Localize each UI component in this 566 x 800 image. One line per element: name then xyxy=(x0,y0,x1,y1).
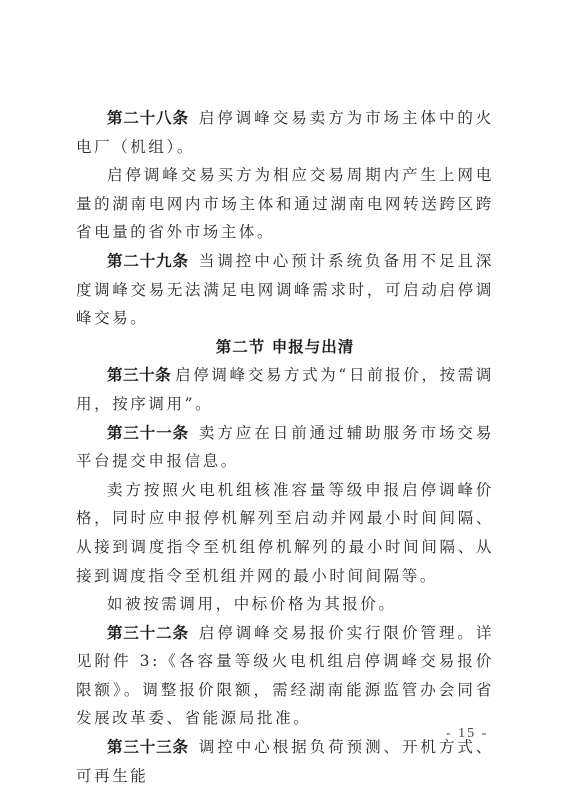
article-label: 第三十三条 xyxy=(107,738,189,756)
paragraph: 如被按需调用，中标价格为其报价。 xyxy=(76,590,494,619)
page-number: - 15 - xyxy=(446,726,488,742)
document-page: 第二十八条启停调峰交易卖方为市场主体中的火电厂（机组）。 启停调峰交易买方为相应… xyxy=(0,0,566,800)
article-32: 第三十二条启停调峰交易报价实行限价管理。详见附件 3:《各容量等级火电机组启停调… xyxy=(76,619,494,733)
article-29: 第二十九条当调控中心预计系统负备用不足且深度调峰交易无法满足电网调峰需求时，可启… xyxy=(76,247,494,333)
article-30: 第三十条启停调峰交易方式为“日前报价，按需调用，按序调用”。 xyxy=(76,361,494,418)
paragraph: 启停调峰交易买方为相应交易周期内产生上网电量的湖南电网内市场主体和通过湖南电网转… xyxy=(76,161,494,247)
article-33: 第三十三条调控中心根据负荷预测、开机方式、可再生能 xyxy=(76,733,494,790)
article-label: 第二十九条 xyxy=(107,252,189,270)
article-28: 第二十八条启停调峰交易卖方为市场主体中的火电厂（机组）。 xyxy=(76,104,494,161)
section-heading: 第二节 申报与出清 xyxy=(76,333,494,362)
article-label: 第二十八条 xyxy=(107,109,189,127)
article-label: 第三十条 xyxy=(107,366,171,384)
paragraph: 卖方按照火电机组核准容量等级申报启停调峰价格，同时应申报停机解列至启动并网最小时… xyxy=(76,476,494,590)
article-label: 第三十二条 xyxy=(107,624,189,642)
document-body: 第二十八条启停调峰交易卖方为市场主体中的火电厂（机组）。 启停调峰交易买方为相应… xyxy=(76,104,494,790)
article-label: 第三十一条 xyxy=(107,424,189,442)
article-31: 第三十一条卖方应在日前通过辅助服务市场交易平台提交申报信息。 xyxy=(76,419,494,476)
